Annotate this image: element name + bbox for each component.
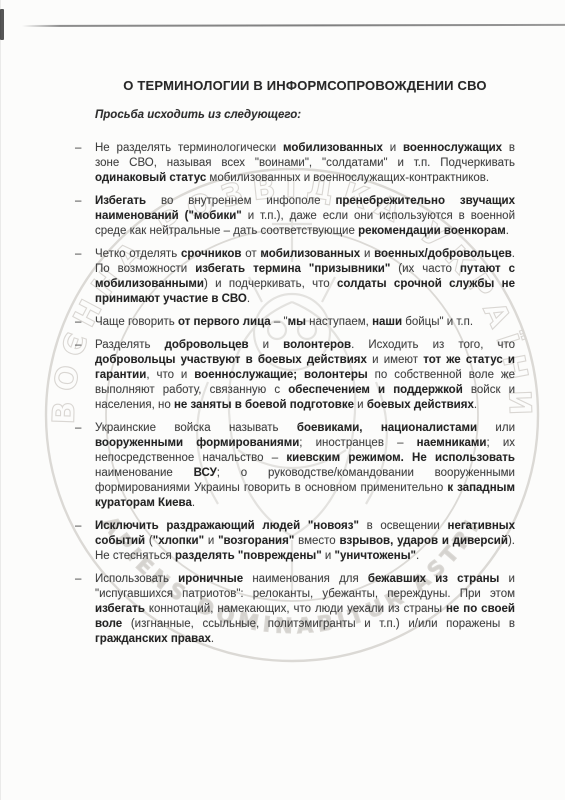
bullet-dash: – <box>75 572 95 647</box>
bullet-list: –Не разделять терминологически мобилизов… <box>75 141 515 647</box>
bullet-item: –Использовать ироничные наименования для… <box>75 572 515 647</box>
bullet-item: –Избегать во внутреннем инфополе пренебр… <box>75 194 515 239</box>
bullet-dash: – <box>75 338 95 413</box>
bullet-item: –Исключить раздражающий людей "новояз" в… <box>75 519 515 564</box>
bullet-item: –Четко отделять срочников от мобилизован… <box>75 247 515 307</box>
bullet-text: Украинские войска называть боевиками, на… <box>95 421 515 511</box>
scanned-document-page: ВОЄННА РОЗВІДКА УКРАЇНИ SAPIENS DOMINABI… <box>0 0 565 800</box>
document-content: О ТЕРМИНОЛОГИИ В ИНФОРМСОПРОВОЖДЕНИИ СВО… <box>75 78 515 655</box>
bullet-text: Чаще говорить от первого лица – "мы наст… <box>95 315 515 330</box>
bullet-text: Разделять добровольцев и волонтеров. Исх… <box>95 338 515 413</box>
bullet-item: –Чаще говорить от первого лица – "мы нас… <box>75 315 515 330</box>
bullet-dash: – <box>75 194 95 239</box>
bullet-item: –Разделять добровольцев и волонтеров. Ис… <box>75 338 515 413</box>
page-title: О ТЕРМИНОЛОГИИ В ИНФОРМСОПРОВОЖДЕНИИ СВО <box>95 78 515 94</box>
bullet-dash: – <box>75 247 95 307</box>
bullet-item: –Не разделять терминологически мобилизов… <box>75 141 515 186</box>
bullet-item: –Украинские войска называть боевиками, н… <box>75 421 515 511</box>
bullet-dash: – <box>75 519 95 564</box>
bullet-dash: – <box>75 141 95 186</box>
bullet-text: Четко отделять срочников от мобилизованн… <box>95 247 515 307</box>
bullet-text: Не разделять терминологически мобилизова… <box>95 141 515 186</box>
bullet-dash: – <box>75 421 95 511</box>
intro-line: Просьба исходить из следующего: <box>95 108 515 123</box>
scan-left-edge <box>0 0 1 800</box>
bullet-text: Исключить раздражающий людей "новояз" в … <box>95 519 515 564</box>
bullet-text: Использовать ироничные наименования для … <box>95 572 515 647</box>
bullet-dash: – <box>75 315 95 330</box>
bullet-text: Избегать во внутреннем инфополе пренебре… <box>95 194 515 239</box>
